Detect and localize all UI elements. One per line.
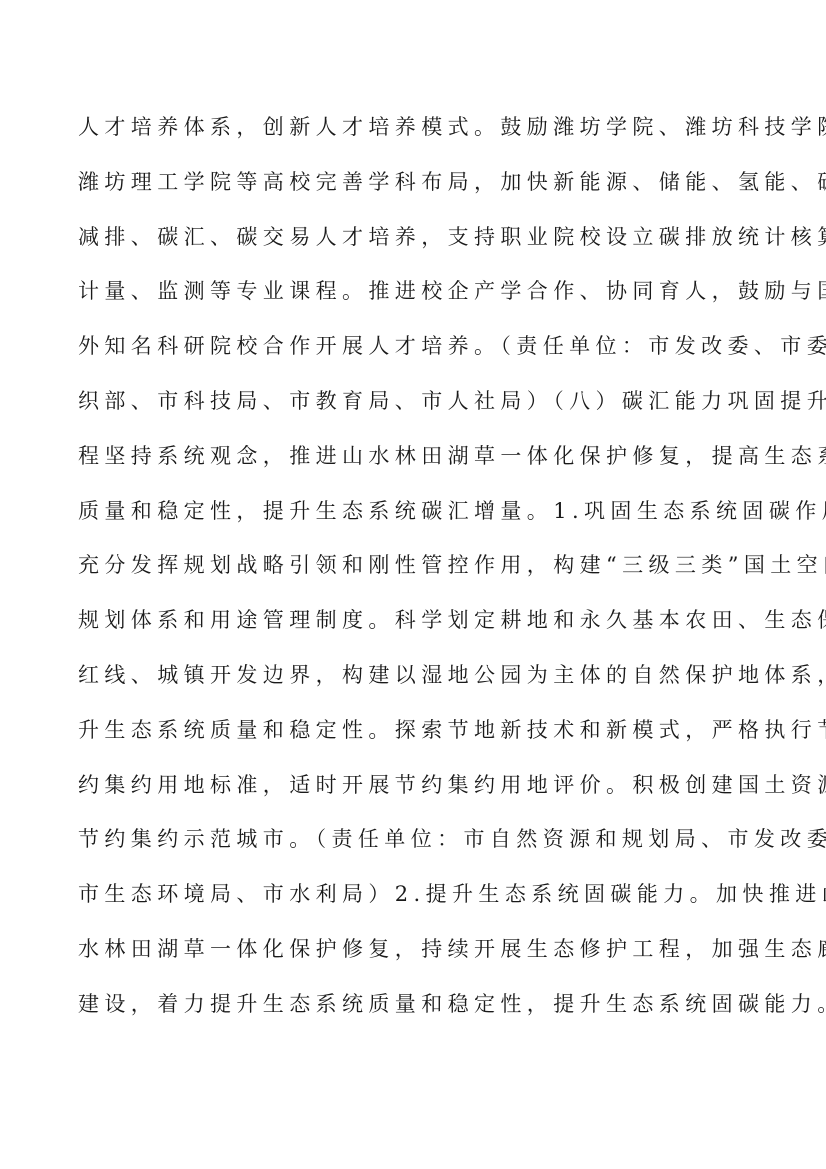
- body-text: 人才培养体系，创新人才培养模式。鼓励潍坊学院、潍坊科技学院、 潍坊理工学院等高校…: [78, 108, 758, 1040]
- text-line: 织部、市科技局、市教育局、市人社局）（八）碳汇能力巩固提升工: [78, 382, 758, 437]
- text-line: 建设，着力提升生态系统质量和稳定性，提升生态系统固碳能力。推: [78, 985, 758, 1040]
- text-line: 减排、碳汇、碳交易人才培养，支持职业院校设立碳排放统计核算、: [78, 218, 758, 273]
- text-line: 水林田湖草一体化保护修复，持续开展生态修护工程，加强生态廊道: [78, 930, 758, 985]
- text-line: 市生态环境局、市水利局）2.提升生态系统固碳能力。加快推进山: [78, 875, 758, 930]
- document-page: 人才培养体系，创新人才培养模式。鼓励潍坊学院、潍坊科技学院、 潍坊理工学院等高校…: [0, 0, 826, 1169]
- text-line: 潍坊理工学院等高校完善学科布局，加快新能源、储能、氢能、碳: [78, 163, 758, 218]
- text-line: 红线、城镇开发边界，构建以湿地公园为主体的自然保护地体系，提: [78, 656, 758, 711]
- text-line: 规划体系和用途管理制度。科学划定耕地和永久基本农田、生态保护: [78, 601, 758, 656]
- text-line: 质量和稳定性，提升生态系统碳汇增量。1.巩固生态系统固碳作用。: [78, 492, 758, 547]
- text-line: 外知名科研院校合作开展人才培养。（责任单位：市发改委、市委组: [78, 327, 758, 382]
- text-line: 计量、监测等专业课程。推进校企产学合作、协同育人，鼓励与国内: [78, 272, 758, 327]
- text-line: 人才培养体系，创新人才培养模式。鼓励潍坊学院、潍坊科技学院、: [78, 108, 758, 163]
- text-line: 升生态系统质量和稳定性。探索节地新技术和新模式，严格执行节: [78, 711, 758, 766]
- text-line: 约集约用地标准，适时开展节约集约用地评价。积极创建国土资源: [78, 766, 758, 821]
- text-line: 程坚持系统观念，推进山水林田湖草一体化保护修复，提高生态系统: [78, 437, 758, 492]
- text-line: 节约集约示范城市。（责任单位：市自然资源和规划局、市发改委、: [78, 820, 758, 875]
- text-line: 充分发挥规划战略引领和刚性管控作用，构建“三级三类”国土空间: [78, 546, 758, 601]
